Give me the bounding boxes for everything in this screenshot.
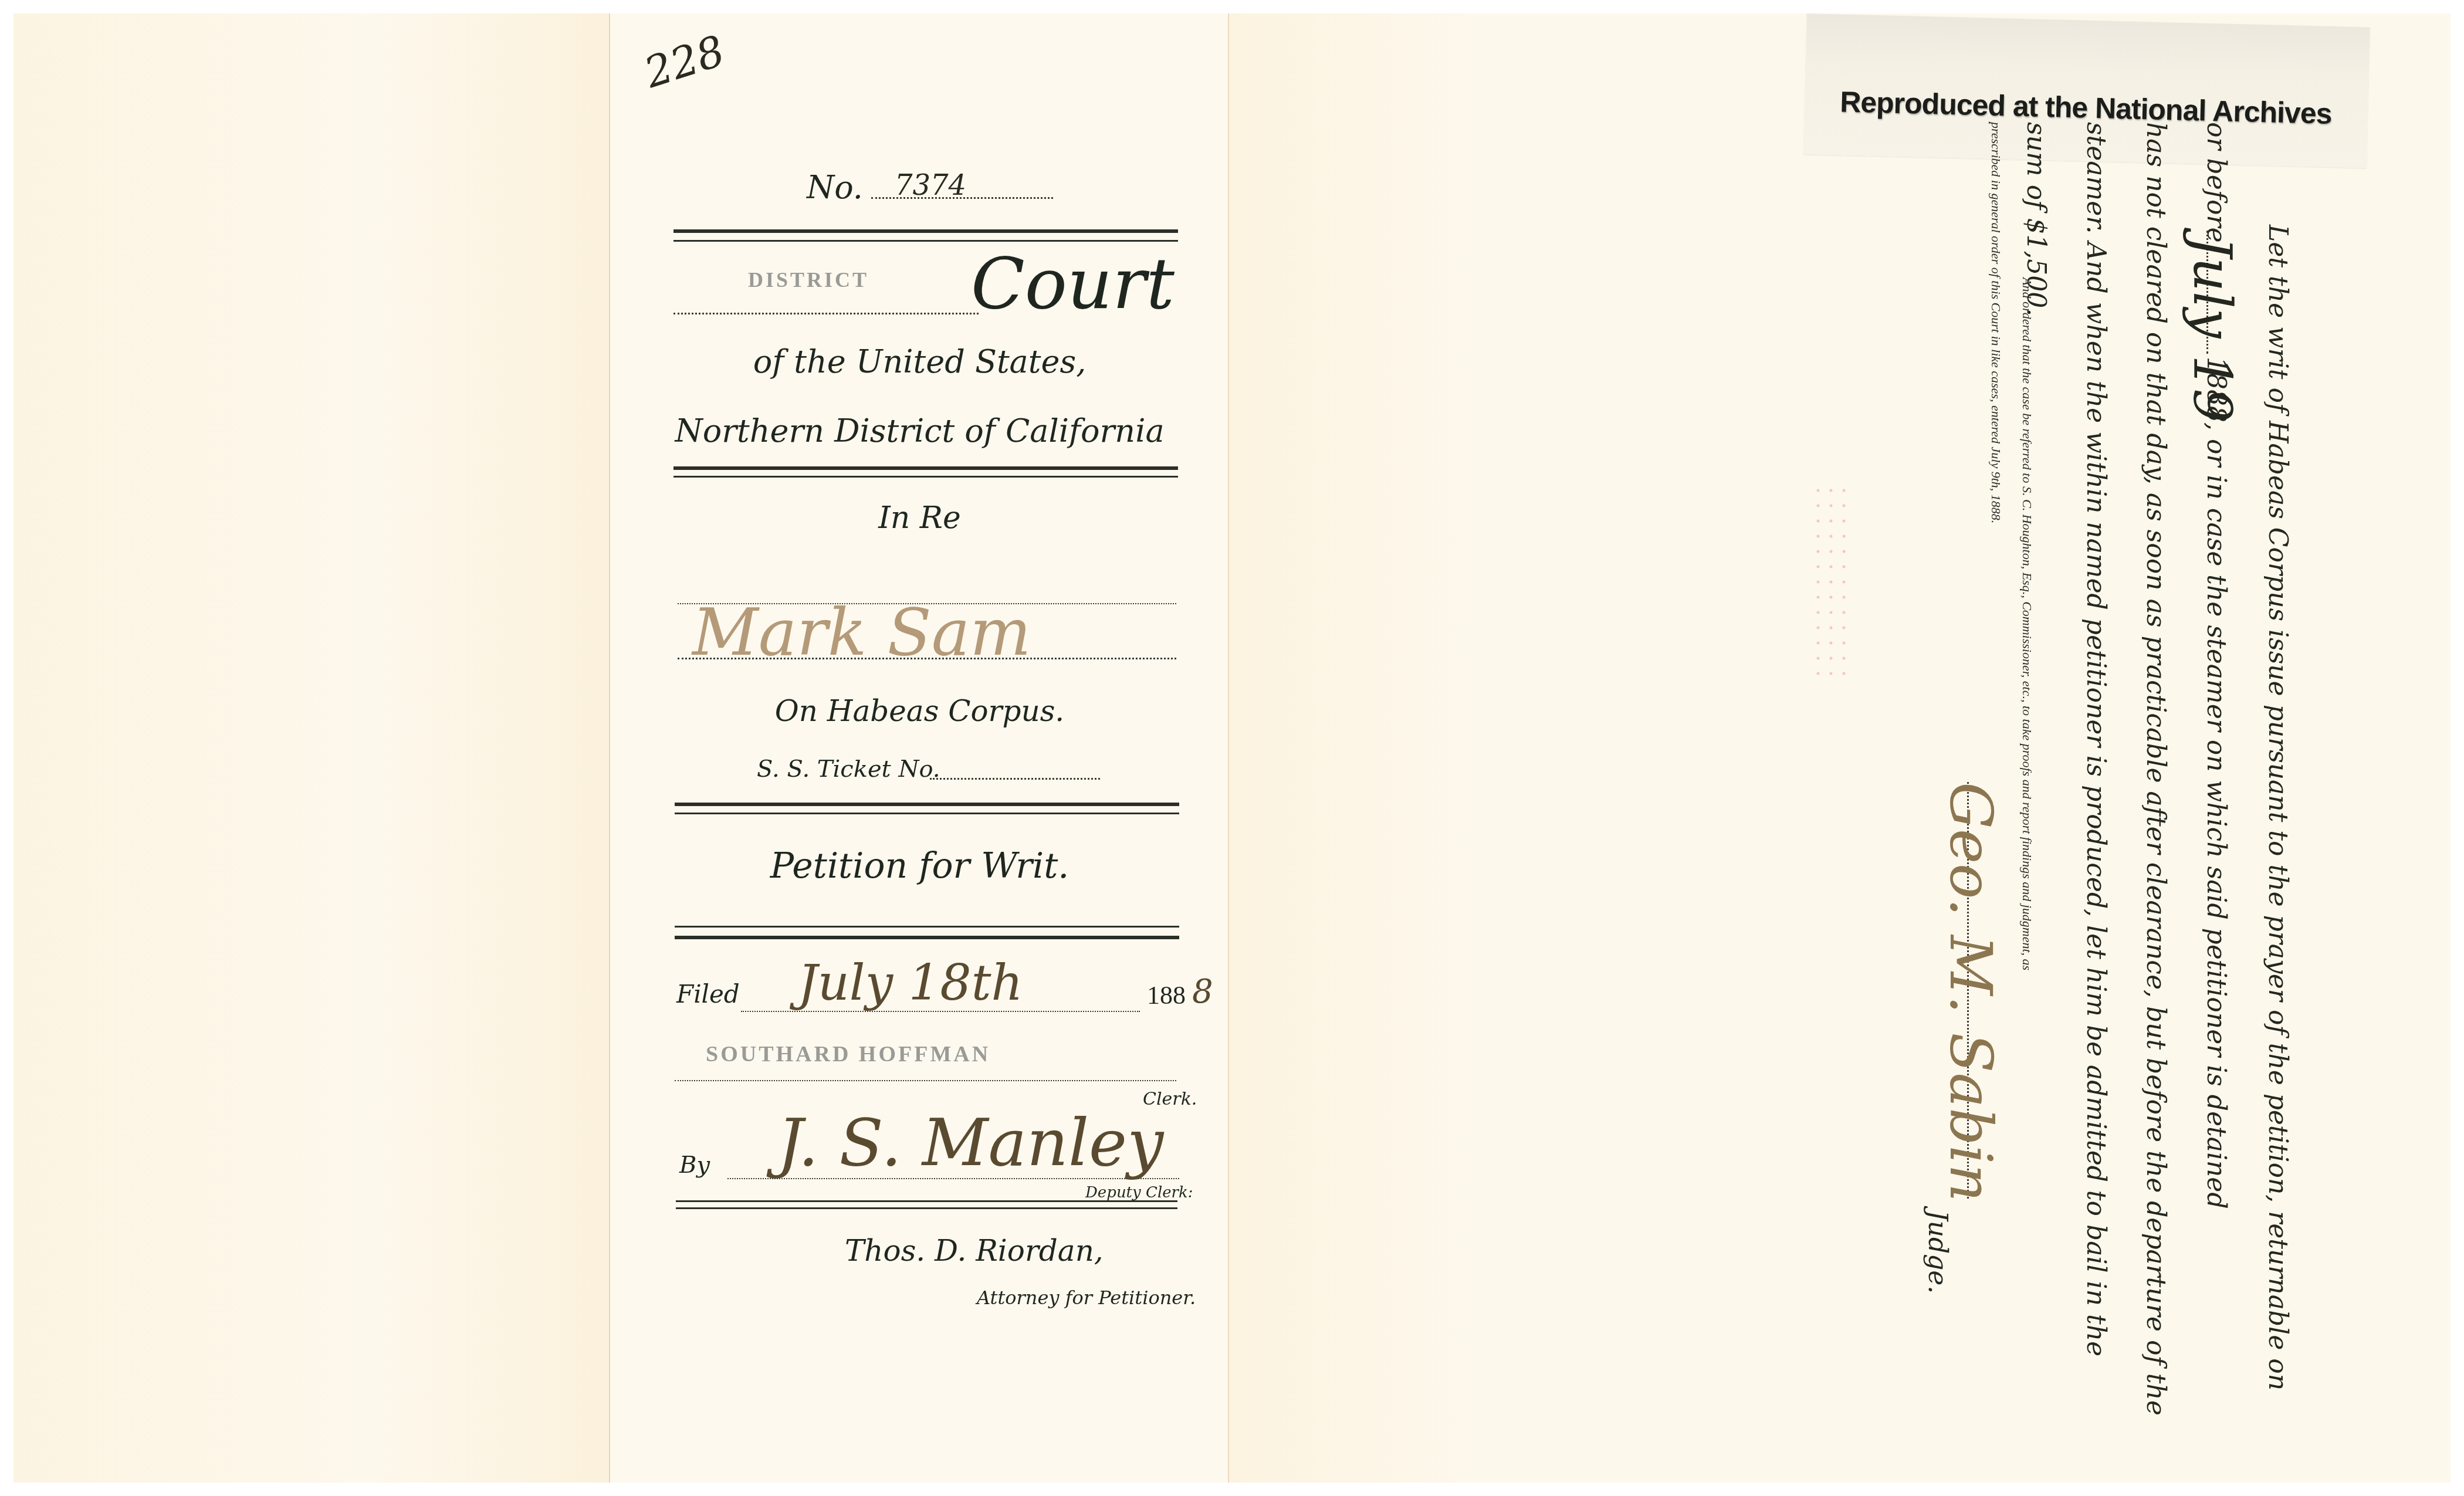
district-stamp: DISTRICT [748, 268, 869, 292]
filed-year-printed: 188 [1147, 980, 1186, 1010]
rule [676, 1200, 1177, 1202]
attorney-name: Thos. D. Riordan, [845, 1234, 1104, 1268]
judge-signature: Geo. M. Sabin [1937, 782, 2005, 1202]
filed-date: July 18th [798, 958, 1023, 1007]
order-line-3: has not cleared on that day, as soon as … [2141, 122, 2171, 1416]
ticket-row: S. S. Ticket No. [757, 756, 940, 783]
order-line-1: Let the writ of Habeas Corpus issue purs… [2263, 225, 2293, 1390]
clerk-stamp: SOUTHARD HOFFMAN [706, 1041, 990, 1067]
petitioner-name: Mark Sam [692, 600, 1031, 665]
court-word: Court [971, 249, 1175, 320]
deputy-signature: J. S. Manley [777, 1111, 1163, 1175]
referral-annotation-2: prescribed in general order of this Cour… [1988, 122, 2003, 523]
order-line-4: steamer. And when the within named petit… [2081, 122, 2111, 1356]
name-line-bottom [678, 658, 1176, 659]
case-number-label: No. [807, 169, 863, 206]
document-title: Petition for Writ. [610, 845, 1229, 886]
petition-cover-panel: 228 No. 7374 DISTRICT Court of the Unite… [610, 13, 1229, 1483]
rule [675, 803, 1179, 806]
in-re-label: In Re [610, 500, 1229, 536]
referral-annotation-1: And ordered that the case be referred to… [2019, 277, 2035, 970]
order-line-2a: or before [2201, 122, 2231, 243]
rule [675, 813, 1179, 814]
judge-label: Judge. [1923, 1210, 1952, 1294]
order-line-2b: 1888, or in case the steamer on which sa… [2201, 357, 2231, 1209]
filed-label: Filed [676, 980, 740, 1008]
attorney-label: Attorney for Petitioner. [977, 1287, 1196, 1309]
by-label: By [679, 1152, 710, 1179]
rule [676, 1207, 1177, 1209]
rule [673, 466, 1178, 470]
ticket-input-line [930, 778, 1100, 780]
document-paper: 228 No. 7374 DISTRICT Court of the Unite… [13, 13, 2451, 1483]
rule [675, 926, 1179, 928]
clerk-line [675, 1080, 1176, 1081]
ticket-label: S. S. Ticket No. [757, 756, 940, 783]
rule [675, 936, 1179, 939]
proceeding-label: On Habeas Corpus. [610, 694, 1229, 728]
case-number-value: 7374 [895, 169, 966, 202]
court-line-united-states: of the United States, [610, 343, 1229, 380]
court-prefix-line [673, 313, 979, 314]
rule [673, 476, 1178, 478]
rule [673, 229, 1178, 233]
rule [673, 240, 1178, 242]
court-line-district: Northern District of California [610, 412, 1229, 449]
red-filing-stamp [1812, 483, 1853, 676]
left-blank-panel [13, 13, 610, 1483]
corner-note: 228 [638, 26, 730, 97]
filed-year-handwritten: 8 [1192, 973, 1213, 1011]
case-number-row: No. 7374 [807, 169, 1053, 204]
deputy-label: Deputy Clerk: [1085, 1184, 1193, 1201]
